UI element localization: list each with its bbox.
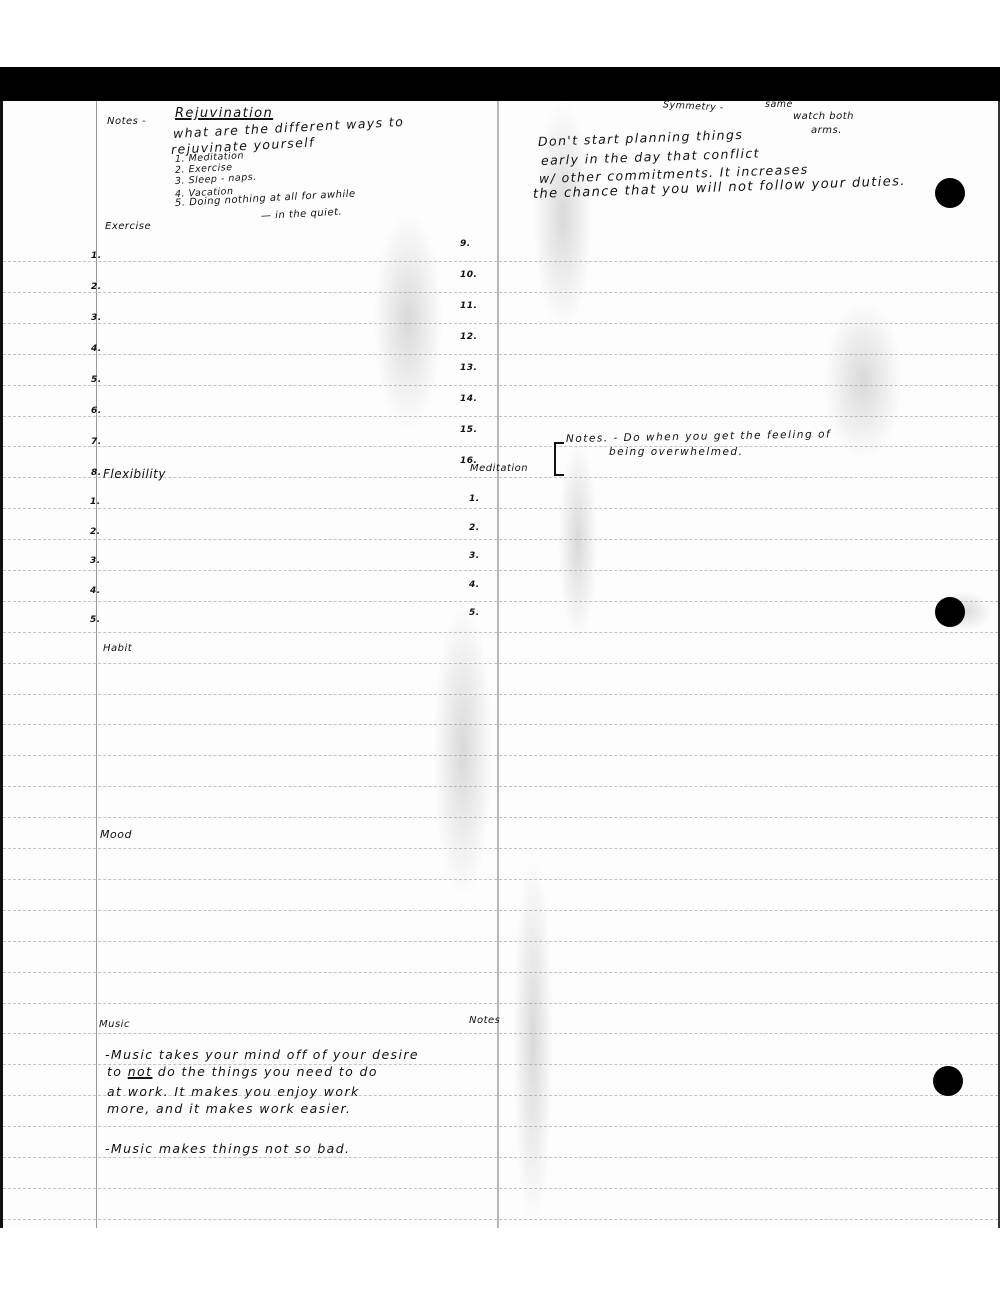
- meditation-note-line2: being overwhelmed.: [609, 446, 743, 458]
- music-note-line: to not do the things you need to do: [107, 1064, 378, 1079]
- line-number: 5.: [469, 608, 480, 618]
- notes-prefix: Notes -: [107, 116, 146, 127]
- ruled-line: [3, 755, 998, 756]
- smudge: [433, 601, 493, 901]
- ruled-line: [3, 570, 998, 571]
- center-fold-line: [497, 101, 499, 1228]
- ruled-line: [3, 601, 998, 602]
- punch-hole-bottom: [933, 1066, 963, 1096]
- ruled-line: [3, 1126, 998, 1127]
- ruled-line: [3, 539, 998, 540]
- scan-top-edge-bar: [0, 67, 1000, 101]
- section-label-flexibility: Flexibility: [103, 467, 166, 481]
- music-note-line: more, and it makes work easier.: [107, 1101, 351, 1116]
- line-number: 3.: [91, 313, 102, 323]
- ruled-line: [3, 663, 998, 664]
- notebook-page: Notes - Rejuvination what are the differ…: [0, 101, 1000, 1228]
- notes-title: Rejuvination: [175, 106, 273, 121]
- line-number: 5.: [90, 615, 101, 625]
- ruled-line: [3, 1219, 998, 1220]
- music-note-line: -Music takes your mind off of your desir…: [105, 1047, 419, 1062]
- ruled-line: [3, 1188, 998, 1189]
- ruled-line: [3, 508, 998, 509]
- ruled-line: [3, 724, 998, 725]
- line-number: 8.: [91, 468, 102, 478]
- ruled-line: [3, 941, 998, 942]
- smudge: [513, 851, 553, 1228]
- line-number: 2.: [90, 527, 101, 537]
- music-second-note: -Music makes things not so bad.: [105, 1141, 350, 1156]
- line-number: 7.: [91, 437, 102, 447]
- line-number: 10.: [460, 270, 477, 280]
- line-number: 2.: [91, 282, 102, 292]
- line-number: 5.: [91, 375, 102, 385]
- line-number: 4.: [90, 586, 101, 596]
- symmetry-label: Symmetry -: [663, 101, 724, 114]
- music-note-line: at work. It makes you enjoy work: [107, 1084, 360, 1099]
- line-number: 12.: [460, 332, 477, 342]
- left-margin-line: [96, 101, 97, 1228]
- ruled-line: [3, 786, 998, 787]
- line-number: 1.: [90, 497, 101, 507]
- ruled-line: [3, 632, 998, 633]
- symmetry-line2: watch both: [793, 111, 854, 122]
- line-number: 11.: [460, 301, 477, 311]
- line-number: 2.: [469, 523, 480, 533]
- line-number: 1.: [91, 251, 102, 261]
- ruled-line: [3, 848, 998, 849]
- right-notes-label: Notes: [469, 1015, 500, 1026]
- ruled-line: [3, 910, 998, 911]
- note-bracket: [554, 442, 564, 476]
- ruled-line: [3, 817, 998, 818]
- ruled-line: [3, 972, 998, 973]
- section-label-meditation: Meditation: [470, 463, 528, 474]
- ruled-line: [3, 1033, 998, 1034]
- list-item-sub: — in the quiet.: [261, 207, 343, 222]
- ruled-line: [3, 694, 998, 695]
- line-number: 15.: [460, 425, 477, 435]
- line-number: 14.: [460, 394, 477, 404]
- smudge: [558, 441, 598, 641]
- line-number: 1.: [469, 494, 480, 504]
- smudge: [373, 211, 443, 431]
- line-number: 4.: [91, 344, 102, 354]
- line-number: 3.: [90, 556, 101, 566]
- ruled-line: [3, 292, 998, 293]
- ruled-line: [3, 1003, 998, 1004]
- symmetry-line3: arms.: [811, 125, 842, 136]
- line-number: 13.: [460, 363, 477, 373]
- smudge: [823, 301, 903, 461]
- line-number: 9.: [460, 239, 471, 249]
- section-label-habit: Habit: [103, 643, 132, 654]
- punch-hole-top: [935, 178, 965, 208]
- meditation-note-line1: Notes. - Do when you get the feeling of: [566, 428, 831, 445]
- ruled-line: [3, 261, 998, 262]
- line-number: 4.: [469, 580, 480, 590]
- ruled-line: [3, 879, 998, 880]
- scanned-page-canvas: Notes - Rejuvination what are the differ…: [0, 0, 1000, 1294]
- section-label-exercise: Exercise: [105, 221, 151, 232]
- section-label-music: Music: [99, 1019, 130, 1030]
- line-number: 3.: [469, 551, 480, 561]
- punch-hole-middle: [935, 597, 965, 627]
- emphasized-word: not: [128, 1064, 153, 1079]
- symmetry-line1: same: [765, 101, 793, 110]
- section-label-mood: Mood: [100, 828, 132, 841]
- line-number: 6.: [91, 406, 102, 416]
- ruled-line: [3, 1157, 998, 1158]
